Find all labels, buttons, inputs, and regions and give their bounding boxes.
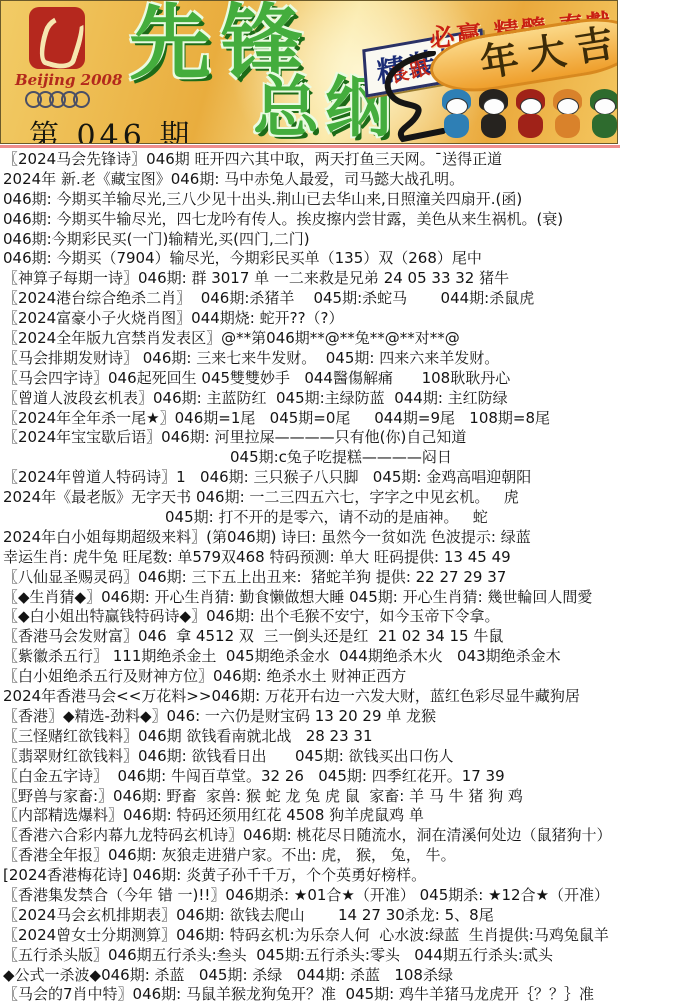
text-line: 幸运生肖: 虎牛兔 旺尾数: 单579双468 特码预测: 单大 旺码提供: 1… xyxy=(0,548,688,568)
text-line: 〖◆白小姐出特赢钱特码诗◆〗046期: 出个毛猴不安宁，如今玉帝下令拿。 xyxy=(0,607,688,627)
text-line: 〖香港〗◆精选-劲料◆〗046: 一六仍是财宝码 13 20 29 单 龙猴 xyxy=(0,707,688,727)
text-line: 〖五行杀头版〗046期五行杀头:叁头 045期:五行杀头:零头 044期五行杀头… xyxy=(0,946,688,966)
olympic-rings-icon xyxy=(25,91,125,112)
text-line: 〖2024马会玄机排期表〗046期: 欲钱去爬山 14 27 30杀龙: 5、8… xyxy=(0,906,688,926)
fuwa-mascot-icon xyxy=(552,89,583,139)
text-line: 〖马会排期发财诗〗 046期: 三来七来牛发财。 045期: 四来六来羊发财。 xyxy=(0,349,688,369)
banner-header: Beijing 2008 先锋 总纲 精装版 必赢 精髓 奉獻 長跟 年大吉 第… xyxy=(0,0,618,144)
text-line: 046期:今期彩民买(一门)输精光,买(四门,二门) xyxy=(0,230,688,250)
text-line: 2024年香港马会<<万花料>>046期: 万花开右边一六发大财，蓝红色彩尽显牛… xyxy=(0,687,688,707)
text-line: 〖2024马会先锋诗〗046期 旺开四六其中取，两天打鱼三天网。ˉ送得正道 xyxy=(0,150,688,170)
text-line: 〖2024港台综合绝杀二肖〗 046期:杀猪羊 045期:杀蛇马 044期:杀鼠… xyxy=(0,289,688,309)
text-line: 〖内部精选爆料〗046期: 特码还须用红花 4508 狗羊虎鼠鸡 单 xyxy=(0,806,688,826)
text-line: 〖2024全年版九宫禁肖发表区〗@**第046期**@**兔**@**对**@ xyxy=(0,329,688,349)
beijing-2008-emblem: Beijing 2008 xyxy=(15,7,125,112)
text-line: ◆公式一杀波◆046期: 杀蓝 045期: 杀绿 044期: 杀蓝 108杀绿 xyxy=(0,966,688,986)
text-line: 〖2024富豪小子火烧肖图〗044期烧: 蛇开??（?） xyxy=(0,309,688,329)
fuwa-mascot-icon xyxy=(515,89,546,139)
text-line: 〖马会四字诗〗046起死回生 045雙雙妙手 044醫傷解痛 108耿耿丹心 xyxy=(0,369,688,389)
text-line: 045期: 打不开的是零六，请不动的是庙神。 蛇 xyxy=(0,508,688,528)
text-line: 2024年 新.老《藏宝图》046期: 马中赤兔人最爱，司马懿大战孔明。 xyxy=(0,170,688,190)
text-line: 〖马会的7肖中特〗046期: 马鼠羊猴龙狗兔开？准 045期: 鸡牛羊猪马龙虎开… xyxy=(0,985,688,1005)
text-line: 045期:c兔子吃提糕————闷日 xyxy=(0,448,688,468)
text-line: 〖◆生肖猜◆〗046期: 开心生肖猜: 勤食懒做想大睡 045期: 开心生肖猜:… xyxy=(0,588,688,608)
text-line: 046期: 今期买牛输尽光，四七龙吟有传人。挨皮擦内尝甘露，美色从来生祸机。(衰… xyxy=(0,210,688,230)
text-line: 〖三怪赌红欲钱料〗046期 欲钱看南就北战 28 23 31 xyxy=(0,727,688,747)
text-line: 〖白小姐绝杀五行及财神方位〗046期: 绝杀水土 财神正西方 xyxy=(0,667,688,687)
issue-number-label: 第 046 期 xyxy=(29,111,193,144)
header-divider-line xyxy=(0,145,620,148)
text-line: 〖2024年宝宝歇后语〗046期: 河里拉屎————只有他(你)自己知道 xyxy=(0,428,688,448)
text-line: 〖香港六合彩内幕九龙特码玄机诗〗046期: 桃花尽日随流水，洞在清溪何处边（鼠猪… xyxy=(0,826,688,846)
fuwa-mascot-icon xyxy=(478,89,509,139)
text-line: 〖2024年曾道人特码诗〗1 046期: 三只猴子八只脚 045期: 金鸡高唱迎… xyxy=(0,468,688,488)
olympic-seal-icon xyxy=(29,7,85,69)
fuwa-mascot-icon xyxy=(589,89,618,139)
text-line: 〖曾道人波段玄机表〗046期: 主蓝防红 045期:主绿防蓝 044期: 主红防… xyxy=(0,389,688,409)
text-line: [2024香港梅花诗] 046期: 炎黄子孙千千万，个个英勇好榜样。 xyxy=(0,866,688,886)
text-line: 〖香港马会发财富〗046 拿 4512 双 三一倒头还是红 21 02 34 1… xyxy=(0,627,688,647)
text-line: 〖神算子每期一诗〗046期: 群 3017 单 一二来救是兄弟 24 05 33… xyxy=(0,269,688,289)
pioneer-lottery-sheet: Beijing 2008 先锋 总纲 精装版 必赢 精髓 奉獻 長跟 年大吉 第… xyxy=(0,0,688,1006)
fuwa-mascots-row xyxy=(441,89,618,139)
text-line: 〖八仙显圣赐灵码〗046期: 三下五上出丑来: 猪蛇羊狗 提供: 22 27 2… xyxy=(0,568,688,588)
text-line: 046期: 今期买羊输尽光,三八少见十出头.荆山已去华山来,日照潼关四扇开.(函… xyxy=(0,190,688,210)
text-line: 〖野兽与家畜:〗046期: 野畜 家兽: 猴 蛇 龙 兔 虎 鼠 家畜: 羊 马… xyxy=(0,787,688,807)
text-line: 〖翡翠财红欲钱料〗046期: 欲钱看日出 045期: 欲钱买出口伤人 xyxy=(0,747,688,767)
text-line: 〖香港全年报〗046期: 灰狼走进猎户家。不出: 虎， 猴， 兔， 牛。 xyxy=(0,846,688,866)
text-line: 〖2024年全年杀一尾★〗046期=1尾 045期=0尾 044期=9尾 108… xyxy=(0,409,688,429)
body-lines: 〖2024马会先锋诗〗046期 旺开四六其中取，两天打鱼三天网。ˉ送得正道202… xyxy=(0,150,688,1005)
text-line: 046期: 今期买（7904）输尽光，今期彩民买单（135）双（268）尾中 xyxy=(0,249,688,269)
text-line: 〖白金五字诗〗 046期: 牛闯百草堂。32 26 045期: 四季红花开。17… xyxy=(0,767,688,787)
ribbon-text: 年大吉 xyxy=(478,22,618,82)
text-line: 〖2024曾女士分期测算〗046期: 特码玄机:为乐奈人何 心水波:绿蓝 生肖提… xyxy=(0,926,688,946)
text-line: 〖香港集发禁合（今年 错 一)!!〗046期杀: ★01合★（开准） 045期杀… xyxy=(0,886,688,906)
fuwa-mascot-icon xyxy=(441,89,472,139)
text-line: 〖紫徽杀五行〗 111期绝杀金土 045期绝杀金水 044期绝杀木火 043期绝… xyxy=(0,647,688,667)
text-line: 2024年《最老版》无字天书 046期: 一二三四五六七，字字之中见玄机。 虎 xyxy=(0,488,688,508)
text-line: 2024年白小姐每期超级来料〗(第046期) 诗曰: 虽然今一贫如洗 色波提示:… xyxy=(0,528,688,548)
beijing-2008-caption: Beijing 2008 xyxy=(15,71,125,89)
